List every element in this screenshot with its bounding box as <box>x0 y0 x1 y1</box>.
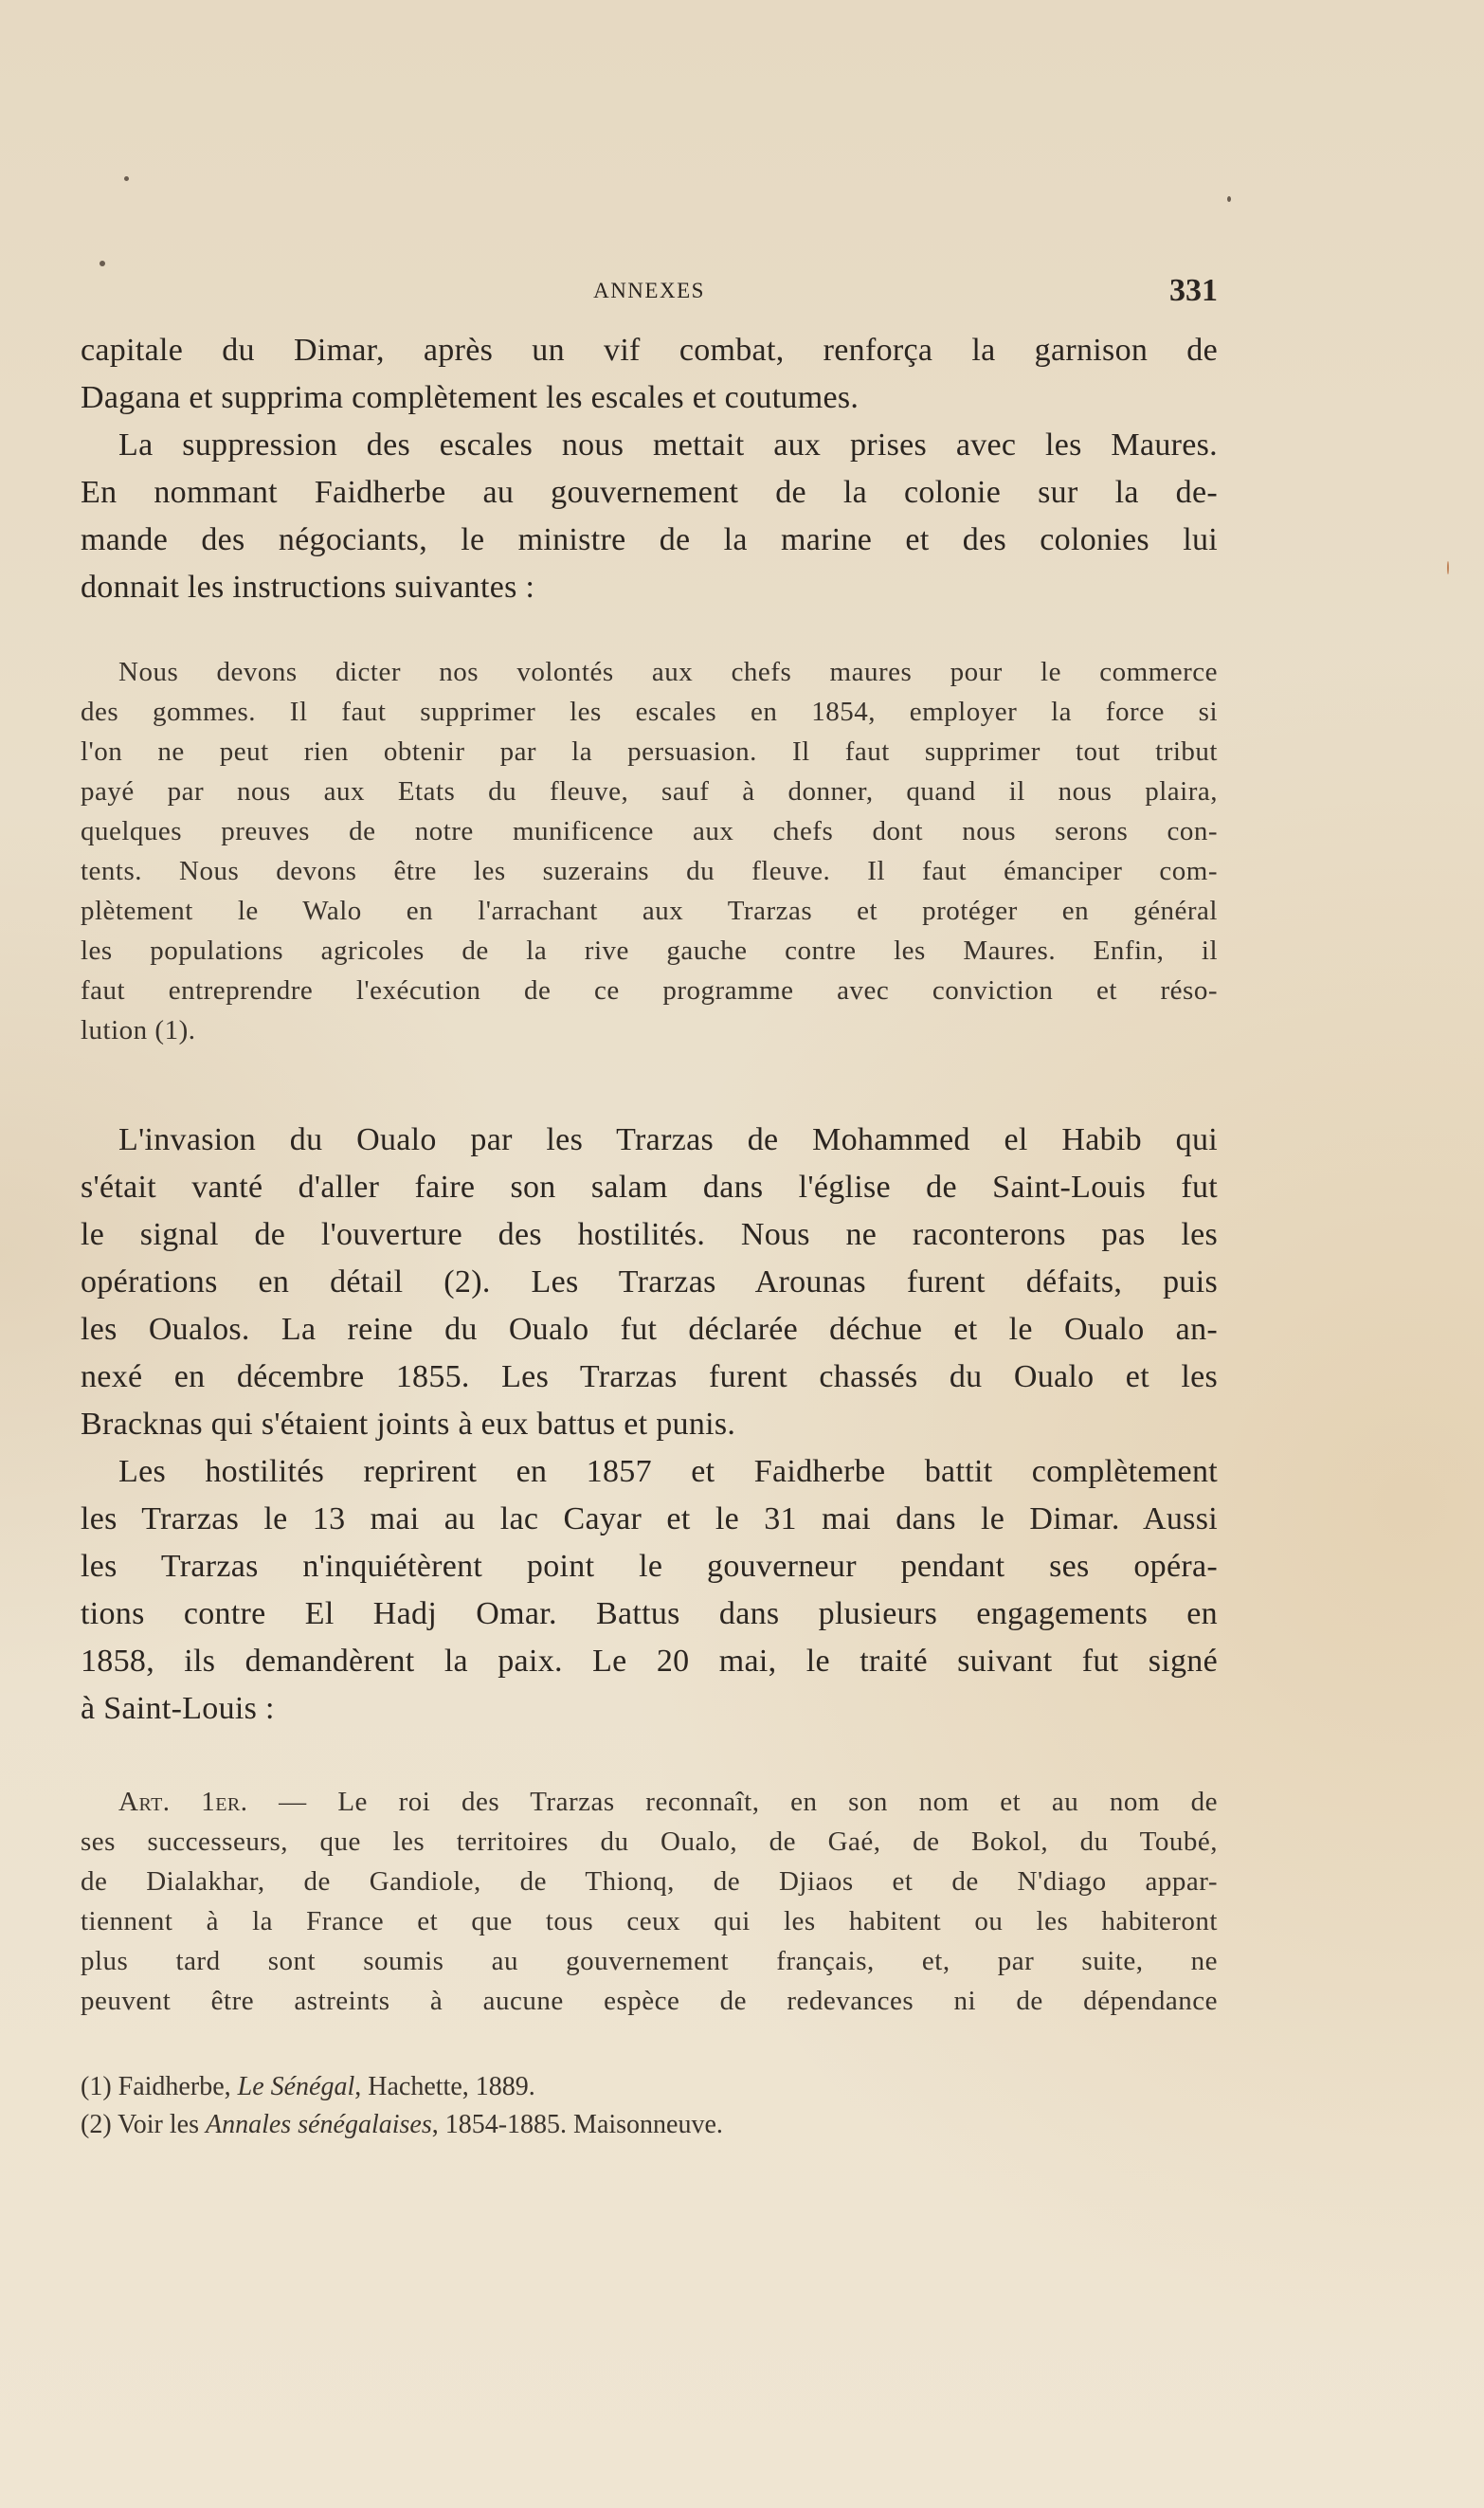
quote-line: payé par nous aux Etats du fleuve, sauf … <box>81 772 1218 811</box>
book-page: ANNEXES 331 capitale du Dimar, après un … <box>0 0 1484 2508</box>
quote-line: quelques preuves de notre munificence au… <box>81 811 1218 851</box>
text-line: La suppression des escales nous mettait … <box>81 422 1218 469</box>
quote-line: faut entreprendre l'exécution de ce prog… <box>81 971 1218 1010</box>
running-head: ANNEXES 331 <box>81 273 1218 311</box>
quote-line: plètement le Walo en l'arrachant aux Tra… <box>81 891 1218 931</box>
footnote-2: (2) Voir les Annales sénégalaises, 1854-… <box>81 2106 1218 2144</box>
text-line: Dagana et supprima complètement les esca… <box>81 374 1218 422</box>
article-label: Art. 1er. <box>118 1787 248 1817</box>
text-line: les Oualos. La reine du Oualo fut déclar… <box>81 1306 1218 1354</box>
quote-line: Nous devons dicter nos volontés aux chef… <box>81 652 1218 692</box>
footnote-rest: , 1854-1885. Maisonneuve. <box>432 2110 723 2139</box>
footnote-title: Annales sénégalaises <box>206 2110 432 2139</box>
running-title: ANNEXES <box>81 279 1218 303</box>
text-line: les Trarzas le 13 mai au lac Cayar et le… <box>81 1496 1218 1543</box>
text-line: L'invasion du Oualo par les Trarzas de M… <box>81 1117 1218 1164</box>
text-line: En nommant Faidherbe au gouvernement de … <box>81 469 1218 517</box>
footnote-author: Faidherbe, <box>118 2072 238 2101</box>
text-line: Les hostilités reprirent en 1857 et Faid… <box>81 1448 1218 1496</box>
paper-speck <box>124 176 129 181</box>
footnote-1: (1) Faidherbe, Le Sénégal, Hachette, 188… <box>81 2068 1218 2106</box>
quote-line: les populations agricoles de la rive gau… <box>81 931 1218 971</box>
quote-line: lution (1). <box>81 1010 1218 1050</box>
text-line: donnait les instructions suivantes : <box>81 564 1218 611</box>
paper-speck <box>1447 561 1449 574</box>
article-line: tiennent à la France et que tous ceux qu… <box>81 1901 1218 1941</box>
article-line: de Dialakhar, de Gandiole, de Thionq, de… <box>81 1862 1218 1901</box>
quote-line: tents. Nous devons être les suzerains du… <box>81 851 1218 891</box>
footnote-marker: (2) <box>81 2110 112 2139</box>
text-line: à Saint-Louis : <box>81 1685 1218 1733</box>
text-line: s'était vanté d'aller faire son salam da… <box>81 1164 1218 1211</box>
quote-line: des gommes. Il faut supprimer les escale… <box>81 692 1218 732</box>
article-first-line: Art. 1er. — Le roi des Trarzas reconnaît… <box>81 1782 1218 1822</box>
text-line: 1858, ils demandèrent la paix. Le 20 mai… <box>81 1638 1218 1685</box>
text-line: Bracknas qui s'étaient joints à eux batt… <box>81 1401 1218 1448</box>
text-line: le signal de l'ouverture des hostilités.… <box>81 1211 1218 1259</box>
text-line: mande des négociants, le ministre de la … <box>81 517 1218 564</box>
paper-speck <box>1227 196 1231 202</box>
footnote-rest: , Hachette, 1889. <box>354 2072 535 2101</box>
article-text: — Le roi des Trarzas reconnaît, en son n… <box>248 1787 1218 1817</box>
footnote-marker: (1) <box>81 2072 112 2101</box>
quote-line: l'on ne peut rien obtenir par la persuas… <box>81 732 1218 772</box>
page-number: 331 <box>1169 273 1218 309</box>
text-line: opérations en détail (2). Les Trarzas Ar… <box>81 1259 1218 1306</box>
text-line: nexé en décembre 1855. Les Trarzas furen… <box>81 1354 1218 1401</box>
article-line: plus tard sont soumis au gouvernement fr… <box>81 1941 1218 1981</box>
paper-speck <box>100 261 105 266</box>
text-line: tions contre El Hadj Omar. Battus dans p… <box>81 1590 1218 1638</box>
text-line: capitale du Dimar, après un vif combat, … <box>81 327 1218 374</box>
footnote-title: Le Sénégal <box>238 2072 355 2101</box>
text-line: les Trarzas n'inquiétèrent point le gouv… <box>81 1543 1218 1590</box>
article-line: ses successeurs, que les territoires du … <box>81 1822 1218 1862</box>
footnote-author: Voir les <box>118 2110 206 2139</box>
article-line: peuvent être astreints à aucune espèce d… <box>81 1981 1218 2021</box>
